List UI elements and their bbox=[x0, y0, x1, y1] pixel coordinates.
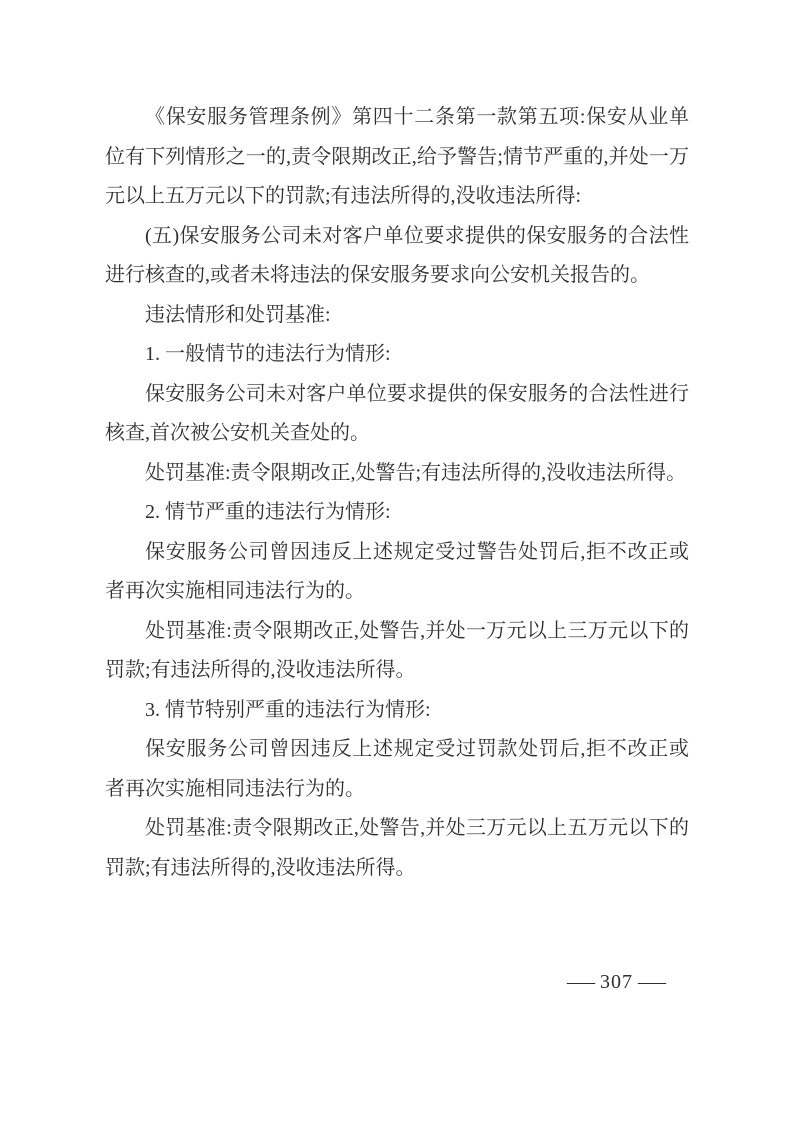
paragraph: 《保安服务管理条例》第四十二条第一款第五项:保安从业单位有下列情形之一的,责令限… bbox=[105, 98, 689, 217]
paragraph: 2. 情节严重的违法行为情形: bbox=[105, 493, 689, 533]
page-number-value: 307 bbox=[600, 969, 633, 995]
paragraph: 违法情形和处罚基准: bbox=[105, 296, 689, 336]
page-number: — 307 — bbox=[571, 969, 662, 995]
paragraph: 保安服务公司曾因违反上述规定受过罚款处罚后,拒不改正或者再次实施相同违法行为的。 bbox=[105, 730, 689, 809]
paragraph-list: 《保安服务管理条例》第四十二条第一款第五项:保安从业单位有下列情形之一的,责令限… bbox=[105, 98, 689, 888]
paragraph: 1. 一般情节的违法行为情形: bbox=[105, 335, 689, 375]
paragraph: 处罚基准:责令限期改正,处警告;有违法所得的,没收违法所得。 bbox=[105, 454, 689, 494]
scanned-book-page: 《保安服务管理条例》第四十二条第一款第五项:保安从业单位有下列情形之一的,责令限… bbox=[0, 0, 793, 1122]
paragraph: (五)保安服务公司未对客户单位要求提供的保安服务的合法性进行核查的,或者未将违法… bbox=[105, 217, 689, 296]
page-number-dash-right: — bbox=[638, 969, 666, 995]
page-number-dash-left: — bbox=[567, 969, 595, 995]
paragraph: 保安服务公司曾因违反上述规定受过警告处罚后,拒不改正或者再次实施相同违法行为的。 bbox=[105, 533, 689, 612]
paragraph: 处罚基准:责令限期改正,处警告,并处一万元以上三万元以下的罚款;有违法所得的,没… bbox=[105, 612, 689, 691]
paragraph: 3. 情节特别严重的违法行为情形: bbox=[105, 691, 689, 731]
document-body: 《保安服务管理条例》第四十二条第一款第五项:保安从业单位有下列情形之一的,责令限… bbox=[105, 98, 689, 888]
paragraph: 保安服务公司未对客户单位要求提供的保安服务的合法性进行核查,首次被公安机关查处的… bbox=[105, 375, 689, 454]
paragraph: 处罚基准:责令限期改正,处警告,并处三万元以上五万元以下的罚款;有违法所得的,没… bbox=[105, 809, 689, 888]
